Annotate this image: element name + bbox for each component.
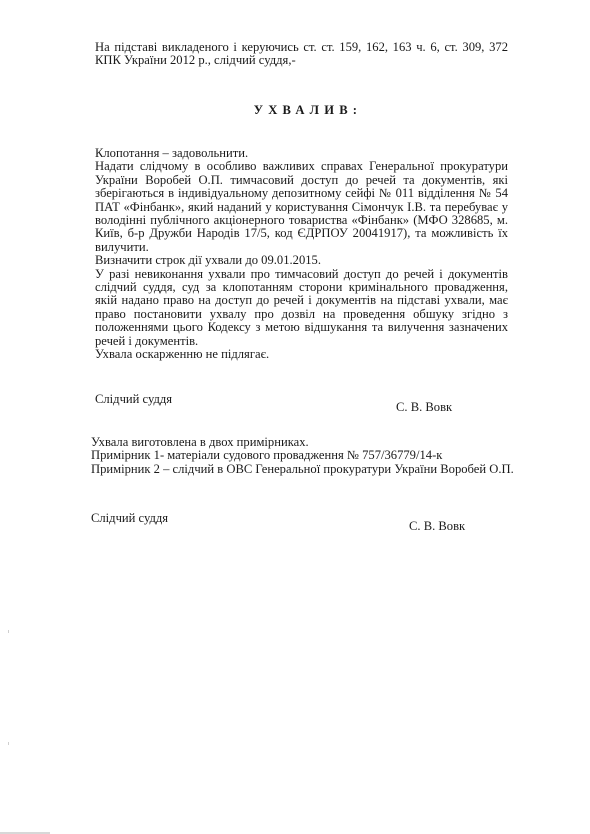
scan-speck [8, 742, 9, 745]
signature-role: Слідчий суддя [91, 511, 168, 525]
copies-line: Ухвала виготовлена в двох примірниках. [91, 436, 531, 449]
copies-line: Примірник 2 – слідчий в ОВС Генеральної … [91, 463, 531, 476]
intro-text: На підставі викладеного і керуючись ст. … [95, 41, 508, 68]
decision-body: Клопотання – задовольнити. Надати слідчо… [95, 147, 508, 362]
signature-role: Слідчий суддя [95, 392, 172, 406]
signature-name: С. В. Вовк [409, 519, 465, 533]
copies-section: Ухвала виготовлена в двох примірниках. П… [91, 436, 531, 476]
body-paragraph: Ухвала оскарженню не підлягає. [95, 348, 508, 361]
signature-name: С. В. Вовк [396, 400, 452, 414]
body-paragraph: Клопотання – задовольнити. [95, 147, 508, 160]
body-paragraph: Визначити строк дії ухвали до 09.01.2015… [95, 254, 508, 267]
scan-speck [8, 630, 9, 633]
decision-heading: УХВАЛИВ: [0, 103, 590, 118]
copies-line: Примірник 1- матеріали судового провадже… [91, 449, 531, 462]
body-paragraph: У разі невиконання ухвали про тимчасовий… [95, 268, 508, 348]
intro-paragraph: На підставі викладеного і керуючись ст. … [95, 41, 508, 68]
body-paragraph: Надати слідчому в особливо важливих спра… [95, 160, 508, 254]
document-page: На підставі викладеного і керуючись ст. … [0, 0, 590, 834]
